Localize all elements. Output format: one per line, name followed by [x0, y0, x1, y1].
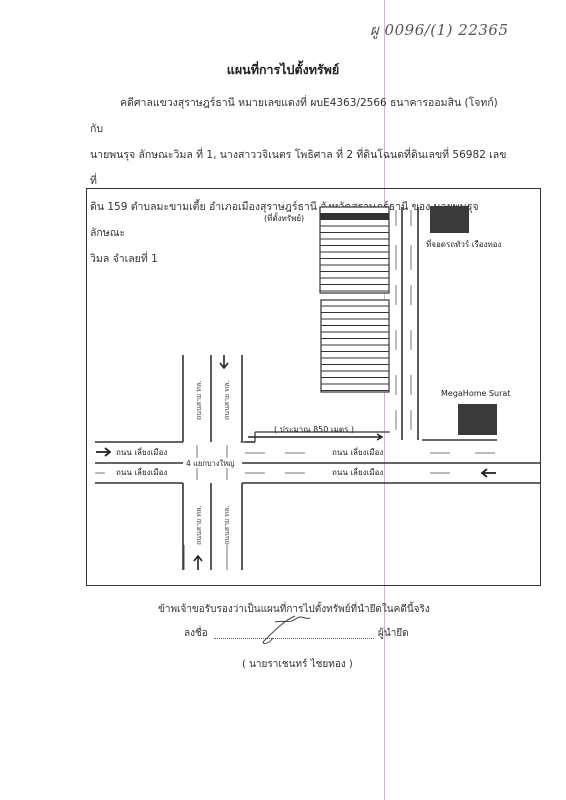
distance-label: ( ประมาณ 850 เมตร ) — [274, 423, 354, 436]
road-label-bottom-right: ถนน เลี่ยงเมือง — [332, 466, 383, 479]
arrow-left-icon — [482, 469, 496, 477]
vertical-road-right — [402, 207, 418, 440]
tour-bus-depot-label: ที่จอดรถทัวร์ เรืองทอง — [426, 238, 501, 251]
map-drawing — [0, 0, 566, 800]
megahome-box — [458, 404, 497, 435]
megahome-label: MegaHome Surat — [441, 389, 510, 398]
road-label-bottom-left: ถนน เลี่ยงเมือง — [116, 466, 167, 479]
signature-scribble — [255, 612, 315, 647]
arrow-down-icon — [220, 355, 228, 368]
sign-label: ลงชื่อ — [184, 626, 208, 641]
property-block-lower — [321, 300, 389, 392]
signer-role: ผู้นำยึด — [378, 626, 409, 641]
property-label: (ที่ตั้งทรัพย์) — [264, 212, 304, 225]
vertical-road-label-1: ถนนสาย ทล. — [194, 381, 205, 420]
arrow-up-icon — [194, 556, 202, 570]
road-label-top-right: ถนน เลี่ยงเมือง — [332, 446, 383, 459]
road-label-top-left: ถนน เลี่ยงเมือง — [116, 446, 167, 459]
vertical-road-right-dashes — [396, 210, 411, 430]
vertical-road-label-2: ถนนสาย ทล. — [222, 381, 233, 420]
vertical-road-label-4: ถนนสาย ทล. — [222, 506, 233, 545]
signer-name: ( นายราเชนทร์ ไชยทอง ) — [242, 657, 353, 672]
vertical-road-label-3: ถนนสาย ทล. — [194, 506, 205, 545]
tour-bus-depot-box — [430, 206, 469, 233]
intersection-label: 4 แยกบางใหญ่ — [186, 458, 235, 470]
property-marker — [320, 213, 389, 220]
arrow-right-icon — [96, 448, 110, 456]
